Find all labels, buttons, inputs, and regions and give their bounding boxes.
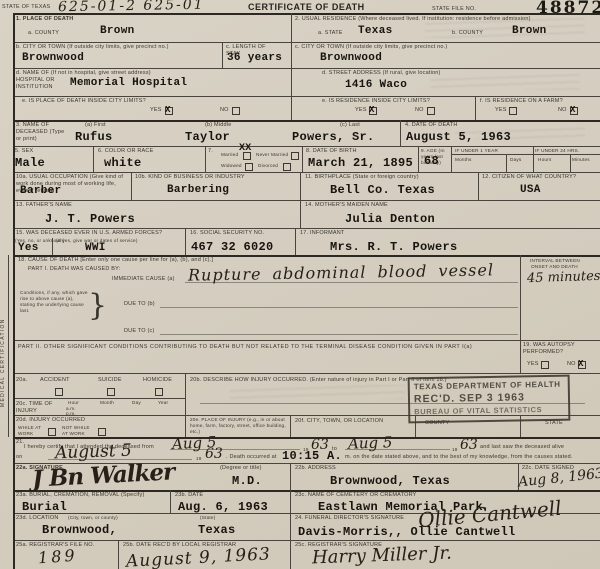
attended-to-date: Aug 5 — [348, 433, 393, 453]
divider — [13, 437, 600, 439]
burial-location-sub1: (City, town, or county) — [68, 515, 118, 521]
divider — [302, 146, 303, 172]
months-label: Months — [455, 157, 472, 163]
last-alive-year: 63 — [205, 446, 223, 462]
sex-label: 5. SEX — [15, 148, 33, 155]
divider — [290, 463, 291, 490]
divider — [520, 255, 521, 340]
county-value: Brown — [100, 25, 135, 37]
burial-location-label: 23d. LOCATION — [16, 515, 59, 522]
form-left-border — [13, 13, 15, 569]
divorced-label: Divorced — [258, 163, 278, 169]
date-of-birth-value: March 21, 1895 — [308, 156, 413, 170]
divider — [300, 200, 301, 228]
date-of-death-value: August 5, 1963 — [406, 130, 511, 144]
divider — [185, 228, 186, 255]
registrar-signature: Harry Miller Jr. — [312, 543, 452, 569]
divider — [185, 373, 186, 437]
social-security-value: 467 32 6020 — [191, 240, 274, 254]
middle-name-value: Taylor — [185, 130, 230, 144]
divider — [475, 96, 476, 120]
on-label: on — [16, 454, 23, 461]
injury-occurred-label: 20d. INJURY OCCURRED — [16, 417, 85, 424]
part2-label: PART II. OTHER SIGNIFICANT CONDITIONS CO… — [18, 344, 472, 351]
divider — [13, 13, 600, 15]
field-20a-number: 20a. — [16, 377, 28, 384]
yes-label: YES — [495, 107, 507, 114]
birthplace-value: Bell Co. Texas — [330, 183, 435, 197]
death-inside-city-limits-label: e. IS PLACE OF DEATH INSIDE CITY LIMITS? — [22, 98, 146, 105]
divider — [13, 96, 600, 97]
divider — [170, 490, 171, 513]
homicide-label: HOMICIDE — [143, 377, 172, 384]
divider — [300, 172, 301, 200]
attended-to-year: 63 — [460, 437, 478, 453]
sex-value: Male — [15, 156, 45, 170]
registrar-file-no-value: 189 — [37, 546, 78, 568]
mothers-maiden-name-label: 14. MOTHER'S MAIDEN NAME — [305, 202, 388, 209]
writing-line — [160, 307, 518, 308]
middle-name-label: (b) Middle — [205, 122, 231, 129]
divider — [13, 373, 600, 374]
conditions-note: Conditions, if any, which gave rise to a… — [20, 290, 88, 314]
year-label: Year — [158, 400, 168, 406]
time-of-injury-label: 20c. TIME OF INJURY — [16, 401, 58, 415]
divider — [118, 540, 119, 569]
armed-forces-war-value: WWI — [85, 242, 106, 254]
name-of-deceased-label: 3. NAME OF DECEASED (Type or print) — [16, 122, 68, 143]
bleed-through-smudge — [430, 74, 580, 90]
divider — [13, 172, 600, 173]
first-name-label: (a) First — [85, 122, 106, 129]
due-to-c-label: DUE TO (c) — [124, 328, 155, 335]
yes-label: YES — [527, 361, 539, 368]
no-label: NO — [220, 107, 229, 114]
certify-text-2b: m. on the date stated above, and to the … — [345, 454, 573, 461]
divider — [93, 146, 94, 172]
divider — [290, 415, 291, 437]
marital-status-number: 7. — [208, 148, 213, 155]
yes-label: YES — [150, 107, 162, 114]
brace-glyph: } — [88, 288, 107, 323]
armed-forces-value: Yes — [18, 242, 39, 254]
if-under-1-year-label: IF UNDER 1 YEAR — [455, 148, 498, 154]
hours-label: Hours — [538, 157, 552, 163]
mothers-maiden-name-value: Julia Denton — [345, 212, 435, 226]
checkbox-residence-inside-city-no — [427, 107, 435, 115]
bleed-through-smudge — [230, 385, 405, 399]
physician-address-value: Brownwood, Texas — [330, 474, 450, 488]
divider — [13, 42, 600, 43]
checkbox-death-inside-city-no — [232, 107, 240, 115]
fathers-name-label: 13. FATHER'S NAME — [16, 202, 72, 209]
divider — [478, 172, 479, 200]
suicide-label: SUICIDE — [98, 377, 122, 384]
burial-location-sub2: (State) — [200, 515, 215, 521]
funeral-director-signature-label: 24. FUNERAL DIRECTOR'S SIGNATURE — [295, 515, 404, 522]
checkbox-never-married — [291, 152, 299, 160]
divider — [13, 200, 600, 201]
usual-occupation-value: Barber — [20, 185, 61, 197]
physician-address-label: 22b. ADDRESS — [295, 465, 336, 472]
residence-county-value: Brown — [512, 25, 547, 37]
no-label: NO — [567, 361, 576, 368]
immediate-cause-label: IMMEDIATE CAUSE (a) — [112, 276, 175, 283]
divider — [13, 540, 600, 541]
county-label: a. COUNTY — [28, 30, 59, 37]
never-married-label: Never Married — [256, 152, 288, 158]
checkbox-death-inside-city-yes — [165, 107, 173, 115]
state-file-number: 48872 — [536, 0, 600, 18]
divider — [533, 146, 534, 172]
interval-value: 45 minutes — [527, 269, 600, 287]
funeral-director-typed: Davis-Morris,, Ollie Cantwell — [298, 525, 516, 539]
not-while-at-work-label: NOT WHILE AT WORK — [62, 425, 94, 437]
city-or-town-value: Brownwood — [22, 52, 84, 64]
divider — [131, 172, 132, 200]
widowed-label: Widowed — [221, 163, 242, 169]
residence-city-label: c. CITY OR TOWN (If outside city limits,… — [295, 44, 447, 51]
burial-date-label: 23b. DATE — [175, 492, 203, 499]
injury-state-label: STATE — [545, 420, 563, 427]
year-prefix: 19 — [196, 456, 202, 462]
medical-certification-margin-label: MEDICAL CERTIFICATION — [0, 292, 12, 434]
checkbox-widowed — [245, 163, 253, 171]
divider — [13, 68, 600, 69]
certificate-title: CERTIFICATE OF DEATH — [248, 2, 365, 14]
year-prefix: 19 — [452, 447, 458, 453]
divider — [290, 513, 291, 540]
due-to-b-label: DUE TO (b) — [124, 301, 155, 308]
checkbox-suicide — [107, 388, 115, 396]
certify-number: 21. — [16, 439, 24, 446]
kind-of-business-value: Barbering — [167, 184, 229, 196]
divider — [418, 146, 419, 172]
checkbox-autopsy-yes — [541, 361, 549, 369]
if-under-24-hrs-label: IF UNDER 24 HRS. — [535, 148, 579, 154]
checkbox-accident — [55, 388, 63, 396]
days-label: Days — [510, 157, 521, 163]
color-or-race-value: white — [104, 156, 142, 170]
residence-on-farm-label: f. IS RESIDENCE ON A FARM? — [480, 98, 563, 105]
certify-text-2a: . Death occurred at — [226, 454, 277, 461]
divider — [13, 146, 600, 147]
stamp-line-1: TEXAS DEPARTMENT OF HEALTH — [414, 380, 564, 392]
divider — [13, 398, 185, 399]
burial-value: Burial — [22, 500, 67, 514]
social-security-label: 16. SOCIAL SECURITY NO. — [190, 230, 264, 237]
street-address-value: 1416 Waco — [345, 79, 407, 91]
birthplace-label: 11. BIRTHPLACE (State or foreign country… — [305, 174, 419, 181]
married-label: Married — [221, 152, 238, 158]
degree-value: M.D. — [232, 474, 262, 488]
writing-line — [160, 334, 518, 335]
divider — [400, 120, 401, 146]
residence-state-value: Texas — [358, 25, 393, 37]
divider — [205, 146, 206, 172]
date-of-birth-label: 8. DATE OF BIRTH — [306, 148, 357, 155]
date-of-death-label: 4. DATE OF DEATH — [405, 122, 458, 129]
informant-label: 17. INFORMANT — [300, 230, 344, 237]
checkbox-while-at-work — [48, 428, 56, 436]
last-alive-date: August 5 — [55, 441, 132, 464]
injury-city-label: 20f. CITY, TOWN, OR LOCATION — [295, 418, 383, 425]
checkbox-autopsy-no — [578, 361, 586, 369]
autopsy-label: 19. WAS AUTOPSY PERFORMED? — [523, 342, 593, 356]
checkbox-residence-on-farm-yes — [509, 107, 517, 115]
divider — [290, 490, 291, 513]
divider — [520, 340, 521, 373]
no-label: NO — [558, 107, 567, 114]
day-label: Day — [132, 400, 141, 406]
armed-forces-label: 15. WAS DECEASED EVER IN U.S. ARMED FORC… — [16, 230, 162, 237]
place-of-death-section-label: 1. PLACE OF DEATH — [16, 16, 73, 23]
certify-text-1b: and last saw the deceased alive — [480, 444, 564, 451]
cemetery-name-label: 23c. NAME OF CEMETERY OR CREMATORY — [295, 492, 417, 499]
informant-value: Mrs. R. T. Powers — [330, 240, 458, 254]
divider — [13, 228, 600, 229]
usual-residence-section-label: 2. USUAL RESIDENCE (Where deceased lived… — [295, 16, 531, 23]
city-or-town-label: b. CITY OR TOWN (If outside city limits,… — [16, 44, 169, 51]
checkbox-residence-on-farm-no — [570, 107, 578, 115]
checkbox-residence-inside-city-yes — [369, 107, 377, 115]
degree-or-title-label: (Degree or title) — [220, 465, 262, 472]
age-value: 68 — [424, 154, 439, 168]
checkbox-not-while-at-work — [98, 428, 106, 436]
minutes-label: Minutes — [572, 157, 590, 163]
kind-of-business-label: 10b. KIND OF BUSINESS OR INDUSTRY — [135, 174, 245, 181]
divider — [291, 13, 292, 120]
accident-label: ACCIDENT — [40, 377, 70, 384]
burial-location-city: Brownwood, — [42, 523, 117, 537]
last-name-label: (c) Last — [340, 122, 360, 129]
citizen-of-country-value: USA — [520, 184, 541, 196]
no-label: NO — [415, 107, 424, 114]
color-or-race-label: 6. COLOR OR RACE — [98, 148, 153, 155]
length-of-stay-value: 36 years — [227, 52, 282, 64]
burial-location-state: Texas — [198, 523, 236, 537]
checkbox-divorced — [283, 163, 291, 171]
received-stamp: TEXAS DEPARTMENT OF HEALTH REC'D. SEP 3 … — [408, 375, 571, 424]
divider — [13, 340, 600, 341]
hospital-name-value: Memorial Hospital — [70, 77, 187, 89]
street-address-label: d. STREET ADDRESS (If rural, give locati… — [322, 70, 441, 77]
residence-county-label: b. COUNTY — [452, 30, 483, 37]
time-of-death-value: 10:15 A. — [282, 449, 342, 463]
month-label: Month — [100, 400, 114, 406]
fathers-name-value: J. T. Powers — [45, 212, 135, 226]
divider — [451, 154, 600, 155]
residence-inside-city-limits-label: e. IS RESIDENCE INSIDE CITY LIMITS? — [322, 98, 430, 105]
divider — [222, 42, 223, 68]
stamp-line-3: BUREAU OF VITAL STATISTICS — [414, 405, 564, 417]
divider — [506, 154, 507, 172]
part1-label: PART I. DEATH WAS CAUSED BY: — [28, 266, 120, 273]
while-at-work-label: WHILE AT WORK — [18, 425, 44, 437]
injury-county-label: COUNTY — [425, 420, 449, 427]
cause-of-death-label: 18. CAUSE OF DEATH [Enter only one cause… — [18, 257, 213, 264]
citizen-of-country-label: 12. CITIZEN OF WHAT COUNTRY? — [482, 174, 576, 181]
death-certificate-scan: STATE OF TEXAS 625-01-2 625-01 CERTIFICA… — [0, 0, 600, 569]
yes-label: YES — [355, 107, 367, 114]
burial-cremation-label: 23a. BURIAL, CREMATION, REMOVAL (Specify… — [16, 492, 145, 499]
stamp-line-2: REC'D. SEP 3 1963 — [414, 391, 564, 406]
hospital-name-label-3: INSTITUTION — [16, 84, 53, 91]
marital-xx-mark: XX — [239, 143, 252, 154]
last-name-value: Powers, Sr. — [292, 130, 375, 144]
residence-state-label: a. STATE — [318, 30, 343, 37]
divider — [295, 228, 296, 255]
divider — [570, 154, 571, 172]
first-name-value: Rufus — [75, 130, 113, 144]
state-of-texas-label: STATE OF TEXAS — [2, 4, 50, 11]
burial-date-value: Aug. 6, 1963 — [178, 500, 268, 514]
divider — [290, 540, 291, 569]
residence-city-value: Brownwood — [320, 52, 382, 64]
divider — [451, 146, 452, 172]
checkbox-homicide — [155, 388, 163, 396]
